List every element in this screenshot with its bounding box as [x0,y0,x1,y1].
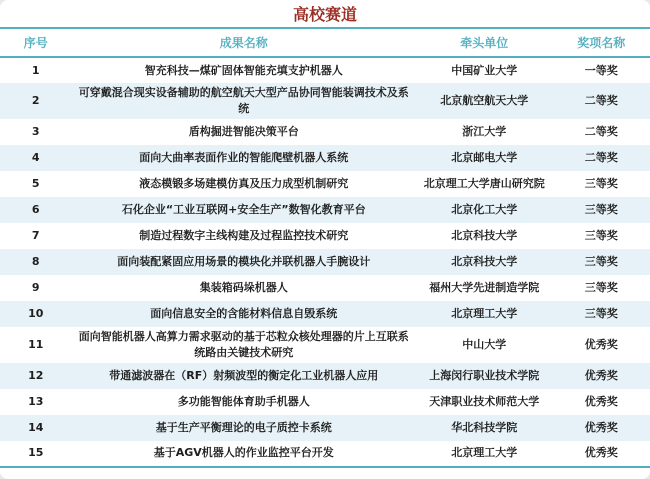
award-name: 三等奖 [553,197,650,223]
page: 高校赛道 序号 成果名称 牵头单位 奖项名称 1智充科技—煤矿固体智能充填支护机… [0,0,650,479]
table-row: 14基于生产平衡理论的电子质控卡系统华北科技学院优秀奖 [0,415,650,441]
table-row: 2可穿戴混合现实设备辅助的航空航天大型产品协同智能装调技术及系统北京航空航天大学… [0,83,650,119]
lead-unit: 中国矿业大学 [416,57,553,83]
row-index: 6 [0,197,72,223]
award-name: 二等奖 [553,145,650,171]
awards-table: 序号 成果名称 牵头单位 奖项名称 1智充科技—煤矿固体智能充填支护机器人中国矿… [0,27,650,468]
achievement-name: 石化企业“工业互联网+安全生产”数智化教育平台 [72,197,417,223]
row-index: 13 [0,389,72,415]
col-header-achievement-name: 成果名称 [72,28,417,57]
row-index: 11 [0,327,72,363]
row-index: 14 [0,415,72,441]
achievement-name: 集装箱码垛机器人 [72,275,417,301]
table-row: 6石化企业“工业互联网+安全生产”数智化教育平台北京化工大学三等奖 [0,197,650,223]
achievement-name: 面向大曲率表面作业的智能爬壁机器人系统 [72,145,417,171]
row-index: 8 [0,249,72,275]
table-row: 5液态模锻多场建模仿真及压力成型机制研究北京理工大学唐山研究院三等奖 [0,171,650,197]
lead-unit: 北京邮电大学 [416,145,553,171]
lead-unit: 北京科技大学 [416,223,553,249]
row-index: 7 [0,223,72,249]
lead-unit: 北京航空航天大学 [416,83,553,119]
table-body: 1智充科技—煤矿固体智能充填支护机器人中国矿业大学一等奖2可穿戴混合现实设备辅助… [0,57,650,467]
award-name: 三等奖 [553,301,650,327]
achievement-name: 可穿戴混合现实设备辅助的航空航天大型产品协同智能装调技术及系统 [72,83,417,119]
award-name: 优秀奖 [553,389,650,415]
table-row: 7制造过程数字主线构建及过程监控技术研究北京科技大学三等奖 [0,223,650,249]
award-name: 三等奖 [553,275,650,301]
award-name: 二等奖 [553,119,650,145]
page-title: 高校赛道 [0,0,650,27]
lead-unit: 中山大学 [416,327,553,363]
table-row: 9集装箱码垛机器人福州大学先进制造学院三等奖 [0,275,650,301]
table-row: 1智充科技—煤矿固体智能充填支护机器人中国矿业大学一等奖 [0,57,650,83]
table-row: 4面向大曲率表面作业的智能爬壁机器人系统北京邮电大学二等奖 [0,145,650,171]
award-name: 优秀奖 [553,327,650,363]
lead-unit: 北京理工大学 [416,301,553,327]
achievement-name: 智充科技—煤矿固体智能充填支护机器人 [72,57,417,83]
award-name: 三等奖 [553,249,650,275]
row-index: 4 [0,145,72,171]
achievement-name: 基于生产平衡理论的电子质控卡系统 [72,415,417,441]
table-row: 8面向装配紧固应用场景的模块化并联机器人手腕设计北京科技大学三等奖 [0,249,650,275]
lead-unit: 北京科技大学 [416,249,553,275]
achievement-name: 盾构掘进智能决策平台 [72,119,417,145]
col-header-award-name: 奖项名称 [553,28,650,57]
award-name: 优秀奖 [553,441,650,467]
award-name: 优秀奖 [553,363,650,389]
table-row: 15基于AGV机器人的作业监控平台开发北京理工大学优秀奖 [0,441,650,467]
row-index: 5 [0,171,72,197]
lead-unit: 福州大学先进制造学院 [416,275,553,301]
award-name: 优秀奖 [553,415,650,441]
achievement-name: 面向装配紧固应用场景的模块化并联机器人手腕设计 [72,249,417,275]
lead-unit: 北京化工大学 [416,197,553,223]
award-name: 一等奖 [553,57,650,83]
achievement-name: 面向智能机器人高算力需求驱动的基于芯粒众核处理器的片上互联系统路由关键技术研究 [72,327,417,363]
achievement-name: 多功能智能体育助手机器人 [72,389,417,415]
header-row: 序号 成果名称 牵头单位 奖项名称 [0,28,650,57]
row-index: 9 [0,275,72,301]
lead-unit: 北京理工大学唐山研究院 [416,171,553,197]
achievement-name: 带通滤波器在（RF）射频波型的衡定化工业机器人应用 [72,363,417,389]
table-row: 13多功能智能体育助手机器人天津职业技术师范大学优秀奖 [0,389,650,415]
lead-unit: 华北科技学院 [416,415,553,441]
row-index: 3 [0,119,72,145]
lead-unit: 天津职业技术师范大学 [416,389,553,415]
row-index: 2 [0,83,72,119]
table-row: 3盾构掘进智能决策平台浙江大学二等奖 [0,119,650,145]
award-name: 三等奖 [553,223,650,249]
lead-unit: 北京理工大学 [416,441,553,467]
award-name: 二等奖 [553,83,650,119]
achievement-name: 面向信息安全的含能材料信息自毁系统 [72,301,417,327]
table-header: 序号 成果名称 牵头单位 奖项名称 [0,28,650,57]
table-row: 12带通滤波器在（RF）射频波型的衡定化工业机器人应用上海闵行职业技术学院优秀奖 [0,363,650,389]
achievement-name: 制造过程数字主线构建及过程监控技术研究 [72,223,417,249]
row-index: 10 [0,301,72,327]
table-row: 11面向智能机器人高算力需求驱动的基于芯粒众核处理器的片上互联系统路由关键技术研… [0,327,650,363]
row-index: 12 [0,363,72,389]
award-name: 三等奖 [553,171,650,197]
col-header-lead-unit: 牵头单位 [416,28,553,57]
table-row: 10面向信息安全的含能材料信息自毁系统北京理工大学三等奖 [0,301,650,327]
achievement-name: 液态模锻多场建模仿真及压力成型机制研究 [72,171,417,197]
achievement-name: 基于AGV机器人的作业监控平台开发 [72,441,417,467]
row-index: 1 [0,57,72,83]
lead-unit: 上海闵行职业技术学院 [416,363,553,389]
lead-unit: 浙江大学 [416,119,553,145]
row-index: 15 [0,441,72,467]
col-header-index: 序号 [0,28,72,57]
